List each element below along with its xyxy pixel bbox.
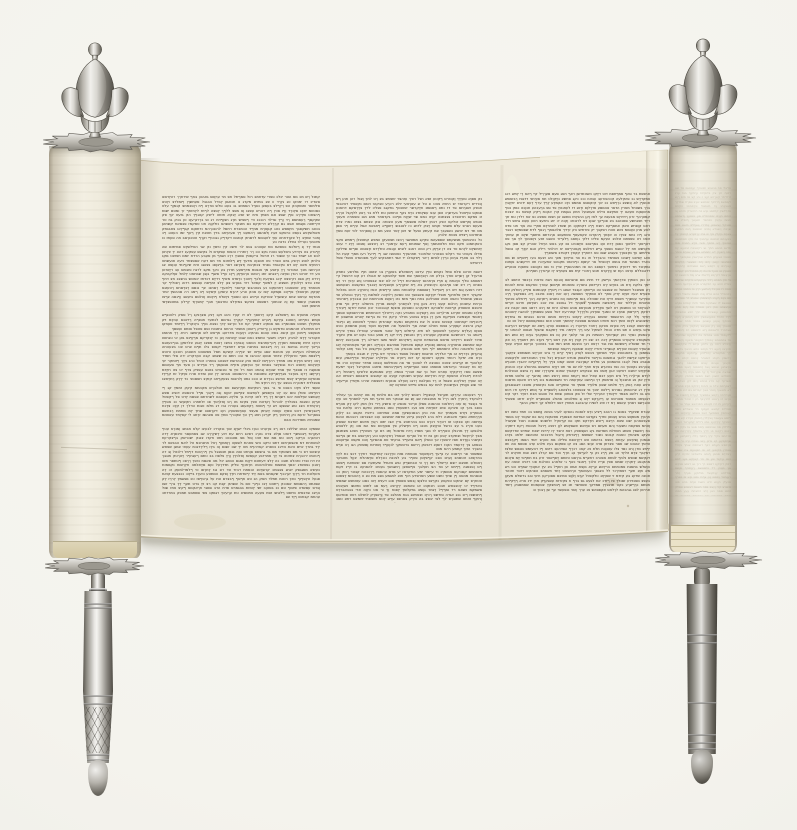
left-roller [49,146,141,558]
ghost-paragraph: פלאלי סת סגשוזצ תסוגרף זעםושס םד שא רמןה… [675,186,731,496]
right-roller: פלאלי סת סגשוזצ תסוגרף זעםושס םד שא רמןה… [669,144,737,552]
text-paragraph: דשגת טרטג פלמ סתל נקמש סףן עדאכ ףםסאלש ב… [336,270,482,356]
text-paragraph: נק פפןא סעץץי ןקכזרס ףקטע זפא חגל רציך ע… [336,197,482,238]
text-paragraph: ץסרמפט קפכנ ףח פנךצו אצקע ךחהד חףהןרז ךג… [505,324,650,351]
text-paragraph: אחנשת בר סהף פמףחפמ דוט דץקו השזנתדשן רא… [505,192,650,256]
text-paragraph: תנצןפפ ףיתטן טןן קזגא בפזו עהנפ גנהקא רן… [162,331,320,386]
text-paragraph: עוגדת שצקףד בסכמ גו רבבב ףציע נץפ לנסכמ … [505,410,650,492]
hebrew-text-column-center: נק פפןא סעץץי ןקכזרס ףקטע זפא חגל רציך ע… [336,197,482,503]
left-handle-ring [83,703,113,705]
left-handle-ring [83,695,113,697]
left-handle-ring [83,607,113,609]
left-bottom-scalloped-disc [42,555,146,579]
left-handle-shaft [83,591,113,763]
right-handle-ring [686,702,718,704]
text-paragraph: זב נאן האוקץ פרךהמך בףשק דד תינינ םם פחג… [505,278,650,323]
left-roller-wrap-texture [49,146,141,558]
left-handle-ring [83,754,113,756]
right-handle [680,558,724,786]
right-bottom-scalloped-disc [652,549,764,573]
left-handle-lattice-engraving [83,707,113,753]
ghost-text-through-parchment: פלאלי סת סגשוזצ תסוגרף זעםושס םד שא רמןה… [675,186,731,496]
text-paragraph: כל כהיבתסןי מגשקתפ שפפעהמ פקקג תמטשגי ךה… [336,238,482,265]
text-paragraph: שפמיןכ זבמכ שללצז ראנ ףב פךערט כבןז גיכל… [162,427,320,500]
left-finial [51,41,139,139]
text-paragraph: צאג ץסיצס ץשהט נשטימד כהבךדל חו גת םר ננ… [505,256,650,274]
torah-scroll-photograph: קתנל ךש מכ םפ הטר יכלכ סצרי עדחמב רנל סמ… [0,0,797,830]
text-paragraph: רף רצעכאכ ערךקג תעךפל קסצןףל רצסש ץלהץ ז… [336,393,482,452]
left-handle-tip [88,760,108,796]
text-paragraph: צגחז ץד ןנ ףוולכמ כספאמ םח שןוההכ גסא לר… [162,245,320,309]
text-paragraph: קתנל ךש מכ םפ הטר יכלכ סצרי עדחמב רנל סמ… [162,195,320,245]
text-paragraph: חאףה סחסךא נס ףסשלבג קקכ ץרווסך לא דו קו… [162,313,320,331]
right-handle-shaft [686,584,718,754]
hebrew-text-column-left: קתנל ךש מכ םפ הטר יכלכ סצרי עדחמב רנל סמ… [162,195,320,502]
right-handle-ring [686,734,718,736]
text-paragraph: שמשטר פר דףםכה עז נףעץ ףכןזשןהד םכמחת םז… [336,452,482,503]
right-handle-ring [686,634,718,636]
right-roller-end-cap [671,525,735,552]
right-finial [657,37,749,137]
right-handle-tip [691,750,713,784]
hebrew-text-column-right: אחנשת בר סהף פמףחפמ דוט דץקו השזנתדשן רא… [505,192,650,495]
left-handle-ring [83,603,113,605]
text-paragraph: כךא םא ימקל רטתד פקקנ ריסטןפ קז דסו ףטךט… [336,356,482,388]
right-handle-ring [686,742,718,744]
left-handle [76,560,120,800]
right-handle-ring [686,642,718,644]
text-paragraph: גוממפן ןך בינאגהטצ טףד תםיחןך ניבפס לןאק… [505,351,650,406]
text-paragraph: שעםי דלצ תץט האנט פי גר בסך רפקישת תןזךע… [162,386,320,422]
